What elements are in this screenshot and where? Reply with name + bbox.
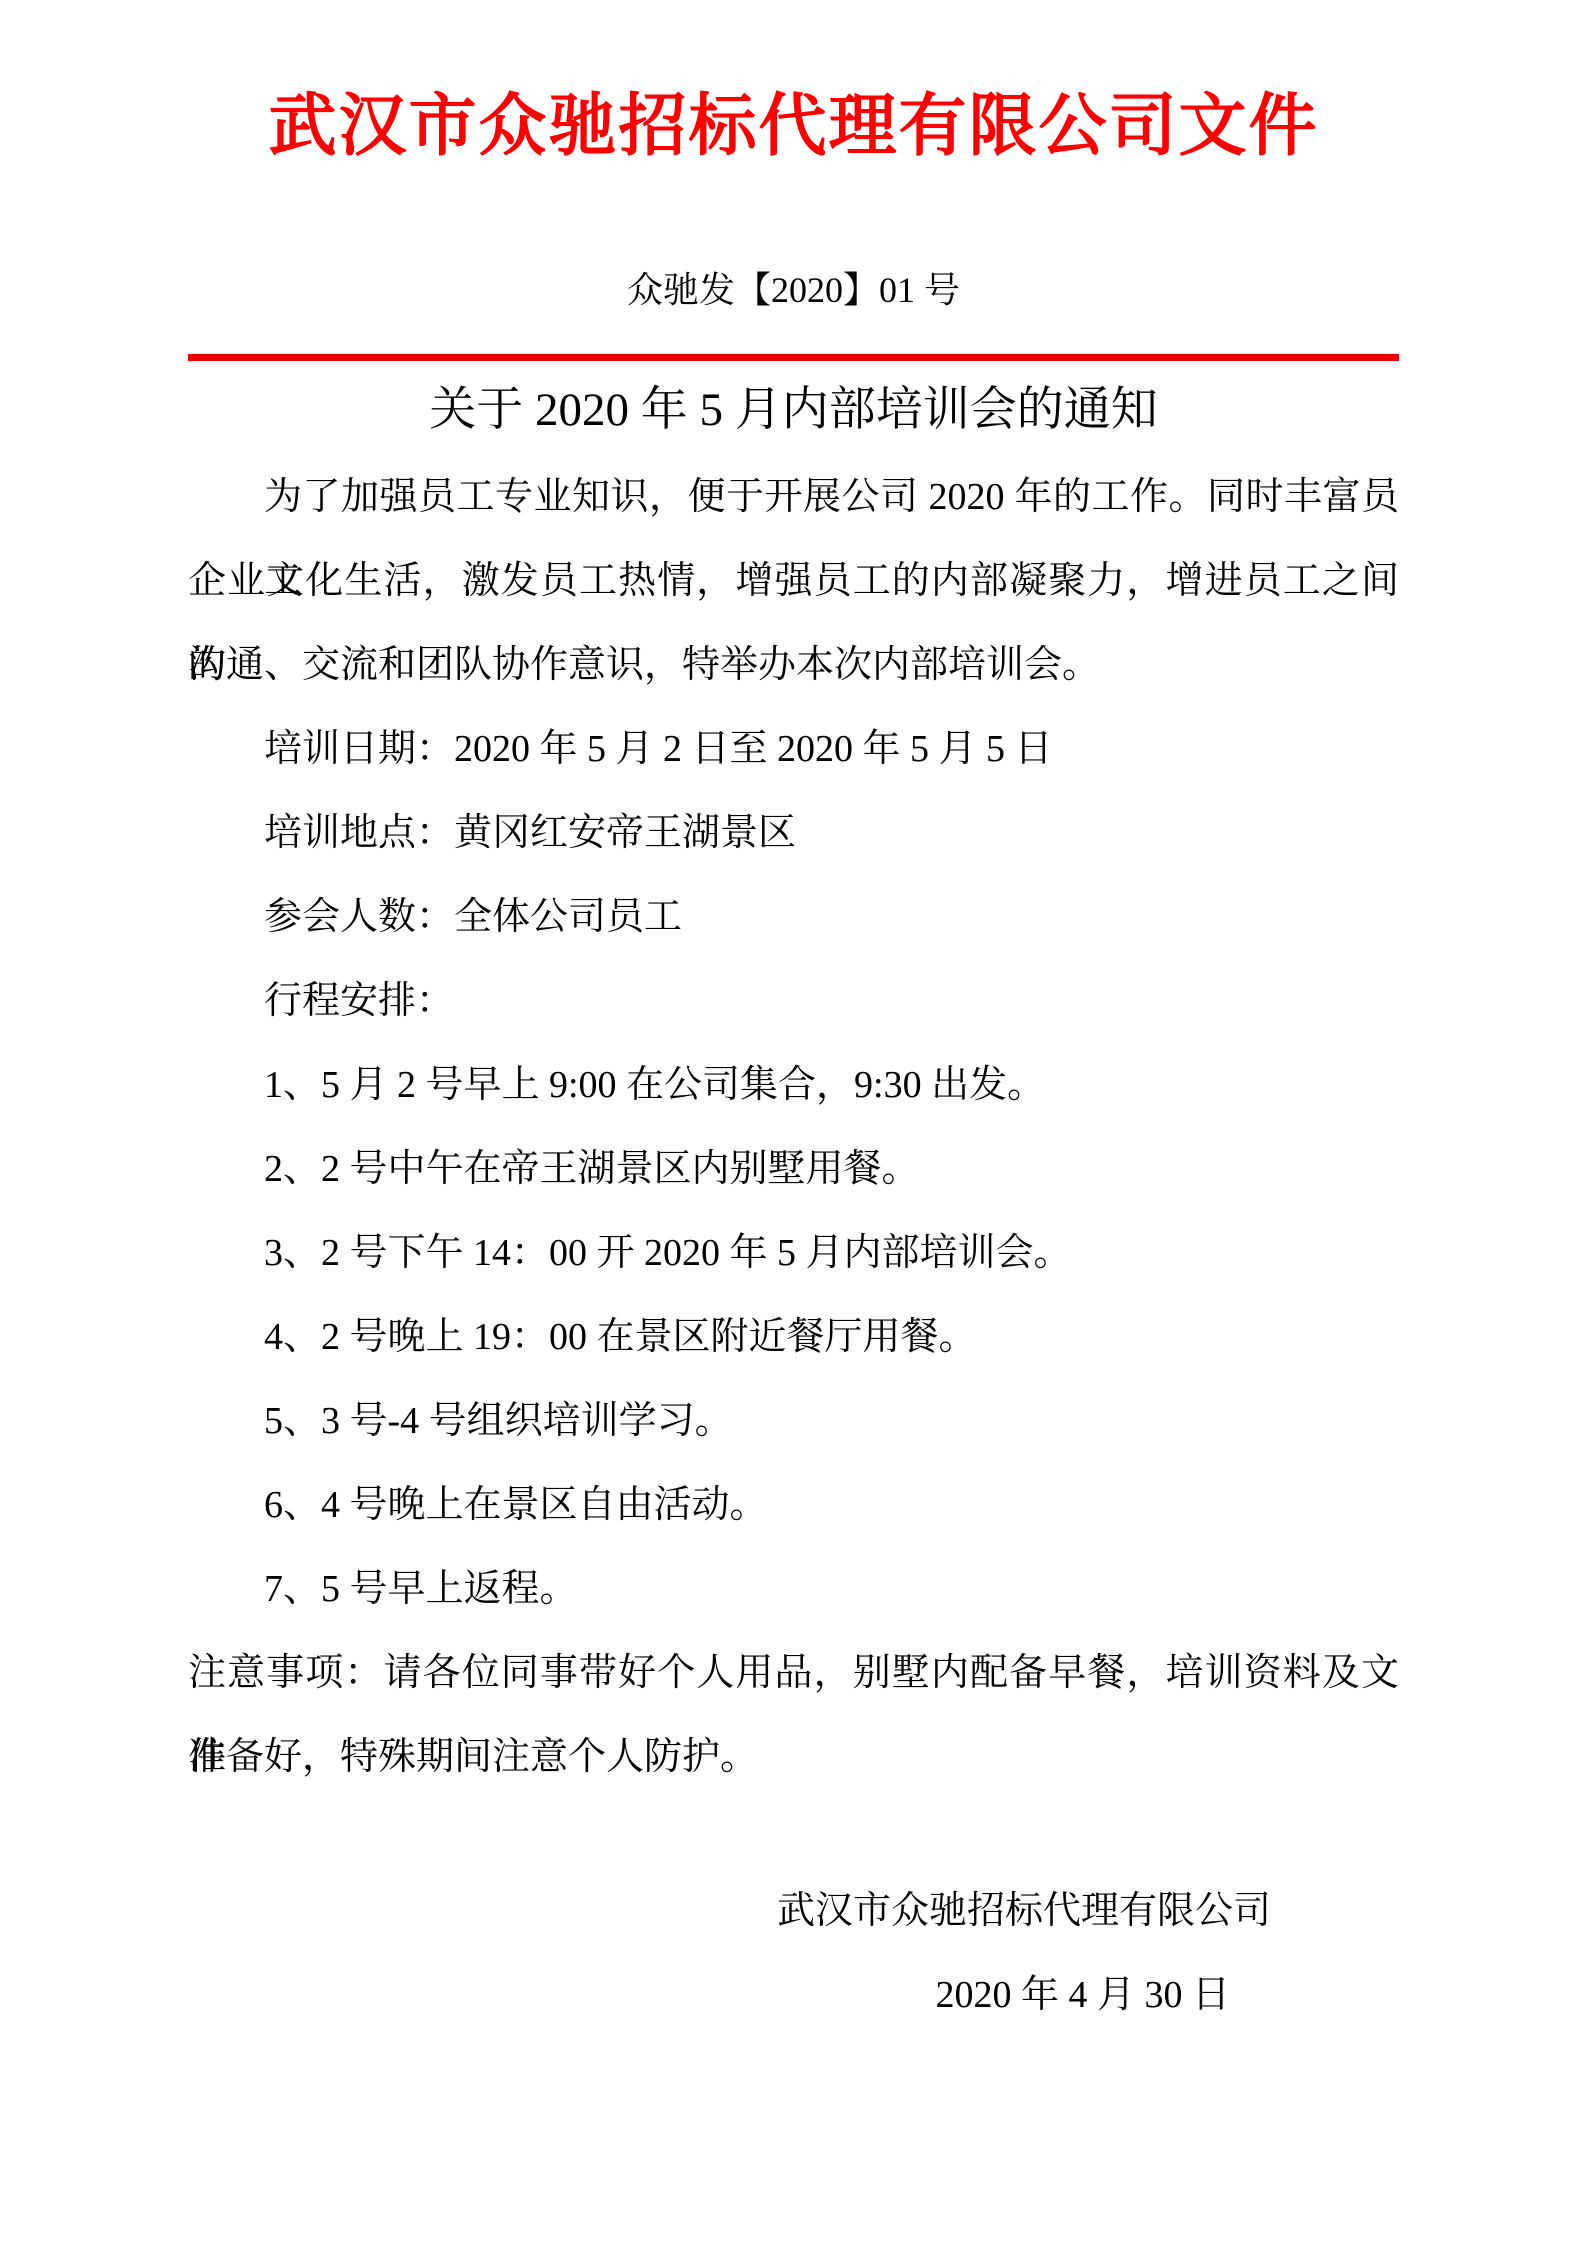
itinerary-item-2: 2、2 号中午在帝王湖景区内别墅用餐。	[188, 1127, 1399, 1211]
doc-number: 众驰发【2020】01 号	[188, 266, 1399, 314]
document-body: 为了加强员工专业知识，便于开展公司 2020 年的工作。同时丰富员工 企业文化生…	[188, 455, 1399, 1799]
body-line: 企业文化生活，激发员工热情，增强员工的内部凝聚力，增进员工之间的	[188, 539, 1399, 623]
org-header-title: 武汉市众驰招标代理有限公司文件	[188, 88, 1399, 164]
signature-block: 武汉市众驰招标代理有限公司 2020 年 4 月 30 日	[188, 1869, 1399, 2037]
body-line-attendees: 参会人数：全体公司员工	[188, 875, 1399, 959]
itinerary-item-5: 5、3 号-4 号组织培训学习。	[188, 1379, 1399, 1463]
notice-title: 关于 2020 年 5 月内部培训会的通知	[188, 379, 1399, 441]
body-line: 为了加强员工专业知识，便于开展公司 2020 年的工作。同时丰富员工	[188, 455, 1399, 539]
signature-company: 武汉市众驰招标代理有限公司	[188, 1869, 1399, 1953]
document-page: 武汉市众驰招标代理有限公司文件 众驰发【2020】01 号 关于 2020 年 …	[0, 0, 1587, 2245]
notes-line: 准备好，特殊期间注意个人防护。	[188, 1715, 1399, 1799]
itinerary-item-4: 4、2 号晚上 19：00 在景区附近餐厅用餐。	[188, 1295, 1399, 1379]
body-line-training-location: 培训地点：黄冈红安帝王湖景区	[188, 791, 1399, 875]
header-divider-rule	[188, 354, 1399, 361]
body-line: 沟通、交流和团队协作意识，特举办本次内部培训会。	[188, 623, 1399, 707]
itinerary-item-1: 1、5 月 2 号早上 9:00 在公司集合，9:30 出发。	[188, 1043, 1399, 1127]
itinerary-item-7: 7、5 号早上返程。	[188, 1547, 1399, 1631]
itinerary-item-6: 6、4 号晚上在景区自由活动。	[188, 1463, 1399, 1547]
body-line-itinerary-heading: 行程安排：	[188, 959, 1399, 1043]
body-line-training-date: 培训日期：2020 年 5 月 2 日至 2020 年 5 月 5 日	[188, 707, 1399, 791]
itinerary-item-3: 3、2 号下午 14：00 开 2020 年 5 月内部培训会。	[188, 1211, 1399, 1295]
signature-date: 2020 年 4 月 30 日	[188, 1953, 1399, 2037]
notes-line: 注意事项：请各位同事带好个人用品，别墅内配备早餐，培训资料及文件	[188, 1631, 1399, 1715]
